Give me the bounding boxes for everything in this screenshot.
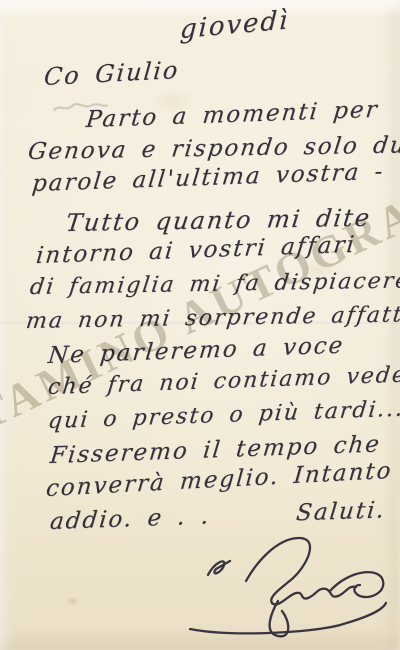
- letter-line: ma non mi sorprende affatto.: [25, 303, 400, 334]
- letter-scan: giovedì Co Giulio Parto a momenti per Ge…: [0, 0, 400, 650]
- letter-line: Parto a momenti per: [85, 98, 380, 134]
- signature: [180, 534, 398, 644]
- letter-line: intorno ai vostri affari: [35, 233, 357, 270]
- letter-line: ché fra noi contiamo vederci-: [47, 362, 400, 400]
- paper-stain: [66, 596, 80, 606]
- date-line: giovedì: [179, 6, 290, 44]
- letter-line: qui o presto o più tardi...: [47, 398, 400, 435]
- salutation: Co Giulio: [43, 57, 181, 91]
- letter-line: addio. e . . Saluti.: [49, 498, 387, 535]
- signature-flourish: [180, 534, 398, 644]
- letter-line: parole all'ultima vostra -: [31, 160, 386, 198]
- letter-line: di famiglia mi fa dispiacere: [29, 269, 400, 300]
- letter-line: Tutto quanto mi dite: [64, 205, 372, 237]
- letter-line: Ne parleremo a voce: [47, 334, 346, 370]
